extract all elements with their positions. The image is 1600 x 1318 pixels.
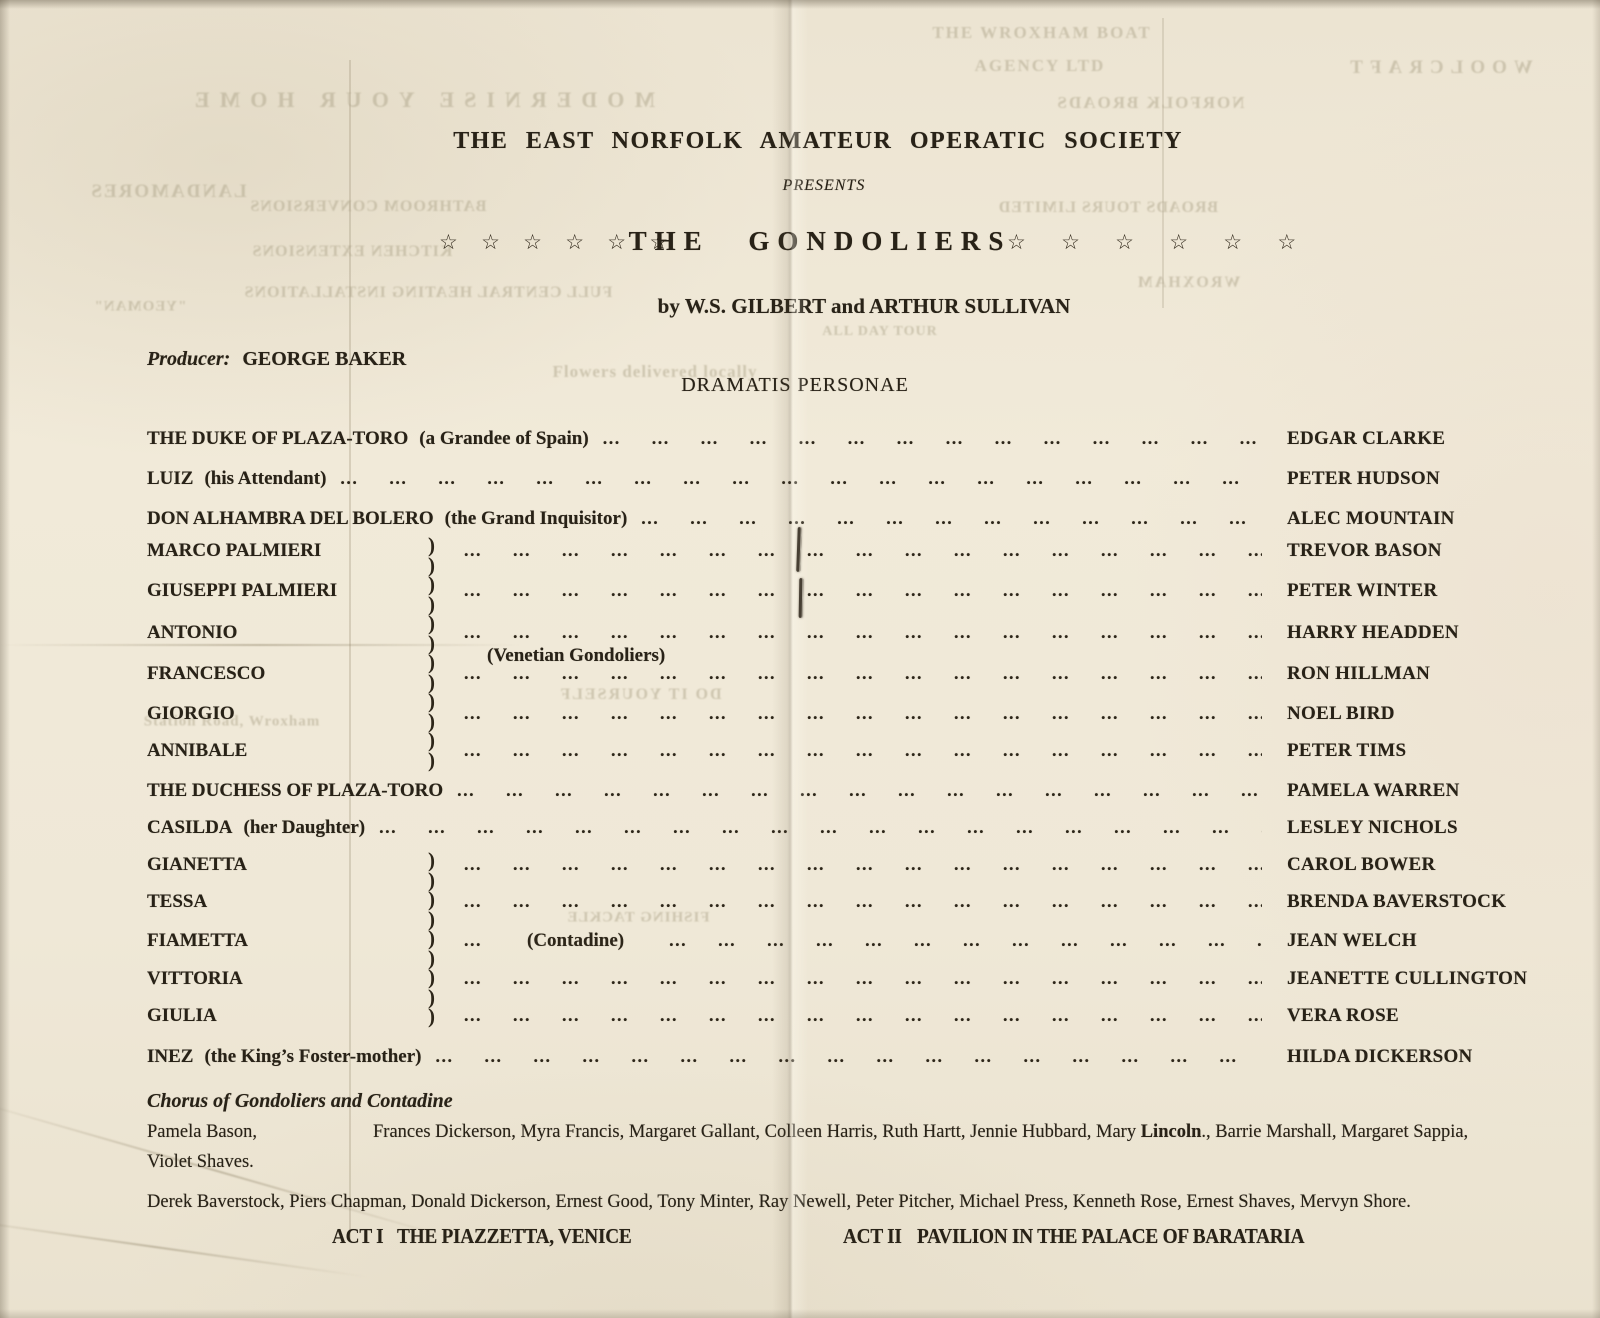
showthrough-ghost-text: WOOLCRAFT	[1343, 57, 1533, 79]
role-name: ANTONIO	[147, 622, 237, 643]
dot-leader: ... ... ... ... ... ... ... ... ... ... …	[457, 780, 1262, 801]
chorus-name-bold: Lincoln	[1141, 1122, 1202, 1142]
role-name: GIUSEPPI PALMIERI	[147, 580, 337, 601]
dot-leader: ... ... ... ... ... ... ... ... ... ... …	[464, 540, 1262, 561]
act2-scene: PAVILION IN THE PALACE OF BARATARIA	[917, 1224, 1304, 1249]
cast-row: ANNIBALE... ... ... ... ... ... ... ... …	[147, 740, 1530, 762]
role-desc: (the Grand Inquisitor)	[445, 508, 628, 529]
role-name: MARCO PALMIERI	[147, 540, 321, 561]
actor-name: PETER WINTER	[1287, 580, 1530, 602]
role-desc: (her Daughter)	[244, 817, 366, 838]
role-label: INEZ(the King’s Foster-mother)	[147, 1046, 422, 1068]
act1-scene: THE PIAZZETTA, VENICE	[397, 1224, 632, 1249]
role-label: CASILDA(her Daughter)	[147, 817, 365, 839]
actor-name: PETER TIMS	[1287, 740, 1530, 762]
act2-label: ACT II	[843, 1224, 902, 1249]
showthrough-ghost-text: "YEOMAN"	[94, 299, 187, 316]
dot-leader: ... ... ... ... ... ... ... ... ... ... …	[464, 968, 1262, 989]
act1-label: ACT I	[332, 1224, 383, 1249]
actor-name: TREVOR BASON	[1287, 540, 1530, 562]
gondoliers-group-note: (Venetian Gondoliers)	[487, 645, 665, 667]
showthrough-ghost-text: BROADS TOURS LIMITED	[998, 199, 1218, 217]
actor-name: JEANETTE CULLINGTON	[1287, 968, 1530, 990]
cast-row: GIULIA... ... ... ... ... ... ... ... ..…	[147, 1005, 1530, 1027]
showthrough-ghost-text: KITCHEN EXTENSIONS	[252, 243, 453, 261]
dramatis-personae-heading: DRAMATIS PERSONAE	[681, 374, 909, 397]
role-name: ANNIBALE	[147, 740, 247, 761]
role-label: THE DUKE OF PLAZA-TORO(a Grandee of Spai…	[147, 428, 589, 450]
role-label: GIUSEPPI PALMIERI	[147, 580, 450, 602]
role-label: GIULIA	[147, 1005, 450, 1027]
cast-row: ANTONIO... ... ... ... ... ... ... ... .…	[147, 622, 1530, 644]
actor-name: EDGAR CLARKE	[1287, 428, 1530, 450]
star-row-right: ☆ ☆ ☆ ☆ ☆ ☆	[1007, 230, 1311, 255]
showthrough-ghost-text: DO IT YOURSELF	[558, 686, 721, 704]
actor-name: NOEL BIRD	[1287, 703, 1530, 725]
showthrough-ghost-text: MODERNISE YOUR HOME	[185, 87, 655, 113]
diagonal-crease-2	[0, 1216, 368, 1278]
role-name: INEZ	[147, 1046, 193, 1067]
cast-row: THE DUCHESS OF PLAZA-TORO... ... ... ...…	[147, 780, 1530, 802]
center-fold	[772, 0, 808, 1318]
dot-leader: ... ... ... ... ... ... ... ... ... ... …	[464, 1005, 1262, 1026]
actor-name: CAROL BOWER	[1287, 854, 1530, 876]
cast-row: THE DUKE OF PLAZA-TORO(a Grandee of Spai…	[147, 428, 1530, 450]
role-label: GIANETTA	[147, 854, 450, 876]
producer-line: Producer:GEORGE BAKER	[147, 348, 406, 371]
dot-leader: ... ... ... ... ... ... ... ... ... ... …	[641, 508, 1262, 529]
actor-name: HARRY HEADDEN	[1287, 622, 1530, 644]
cast-row: VITTORIA... ... ... ... ... ... ... ... …	[147, 968, 1530, 990]
staple	[796, 527, 802, 572]
dot-leader: ... ... ... ... ... ... ... ... ... ... …	[340, 468, 1262, 489]
chorus-names-pre: Frances Dickerson, Myra Francis, Margare…	[373, 1122, 1141, 1142]
cast-row: FIAMETTA... (Contadine) ... ... ... ... …	[147, 930, 1530, 952]
showthrough-ghost-text: AGENCY LTD	[975, 56, 1106, 76]
role-label: FRANCESCO	[147, 663, 450, 685]
chorus-heading: Chorus of Gondoliers and Contadine	[147, 1090, 453, 1113]
showthrough-ghost-text: WROXHAM	[1136, 274, 1241, 292]
role-name: LUIZ	[147, 468, 193, 489]
role-name: THE DUKE OF PLAZA-TORO	[147, 428, 408, 449]
cast-row: GIORGIO... ... ... ... ... ... ... ... .…	[147, 703, 1530, 725]
actor-name: PETER HUDSON	[1287, 468, 1530, 490]
dot-leader: ... ... ... ... ... ... ... ... ... ... …	[464, 703, 1262, 724]
staple	[799, 578, 804, 618]
showthrough-ghost-text: BATHROOM CONVERSIONS	[249, 198, 486, 216]
cast-row: FRANCESCO... ... ... ... ... ... ... ...…	[147, 663, 1530, 685]
producer-label: Producer:	[147, 348, 230, 370]
showthrough-ghost-text: LANDAMORES	[89, 181, 246, 203]
cast-row: DON ALHAMBRA DEL BOLERO(the Grand Inquis…	[147, 508, 1530, 530]
contadine-brace: )))))))))	[428, 851, 435, 1027]
dot-leader: ... ... ... ... ... ... ... ... ... ... …	[464, 740, 1262, 761]
cast-row: LUIZ(his Attendant)... ... ... ... ... .…	[147, 468, 1530, 490]
actor-name: ALEC MOUNTAIN	[1287, 508, 1530, 530]
society-title: THE EAST NORFOLK AMATEUR OPERATIC SOCIET…	[453, 128, 1183, 155]
producer-name: GEORGE BAKER	[242, 348, 406, 370]
show-title: THE GONDOLIERS	[629, 226, 1012, 257]
role-name: GIANETTA	[147, 854, 247, 875]
actor-name: JEAN WELCH	[1287, 930, 1530, 952]
dot-leader: ... (Contadine) ... ... ... ... ... ... …	[464, 930, 1262, 952]
gondoliers-brace: ))))))))))))	[428, 536, 435, 770]
programme-page: MODERNISE YOUR HOMELANDAMORESBATHROOM CO…	[0, 0, 1600, 1318]
cast-row: INEZ(the King’s Foster-mother)... ... ..…	[147, 1046, 1530, 1068]
role-name: FRANCESCO	[147, 663, 265, 684]
contadine-group-note: (Contadine)	[527, 930, 624, 951]
showthrough-ghost-text: FULL CENTRAL HEATING INSTALLATIONS	[244, 284, 613, 302]
role-label: TESSA	[147, 891, 450, 913]
dot-leader: ... ... ... ... ... ... ... ... ... ... …	[464, 891, 1262, 912]
role-label: FIAMETTA	[147, 930, 450, 952]
actor-name: RON HILLMAN	[1287, 663, 1530, 685]
actor-name: HILDA DICKERSON	[1287, 1046, 1530, 1068]
role-name: GIORGIO	[147, 703, 235, 724]
role-name: THE DUCHESS OF PLAZA-TORO	[147, 780, 443, 801]
showthrough-ghost-text: ALL DAY TOUR	[822, 324, 937, 340]
role-label: LUIZ(his Attendant)	[147, 468, 326, 490]
role-name: CASILDA	[147, 817, 233, 838]
cast-row: TESSA... ... ... ... ... ... ... ... ...…	[147, 891, 1530, 913]
role-name: TESSA	[147, 891, 207, 912]
role-desc: (his Attendant)	[204, 468, 326, 489]
showthrough-ghost-text: NORFOLK BROADS	[1055, 93, 1244, 113]
dot-leader: ... ... ... ... ... ... ... ... ... ... …	[603, 428, 1262, 449]
role-label: VITTORIA	[147, 968, 450, 990]
role-name: DON ALHAMBRA DEL BOLERO	[147, 508, 434, 529]
cast-row: GIANETTA... ... ... ... ... ... ... ... …	[147, 854, 1530, 876]
presents-label: PRESENTS	[783, 177, 866, 195]
chorus-names-post: ., Barrie Marshall, Margaret Sappia,	[1201, 1122, 1468, 1142]
role-name: GIULIA	[147, 1005, 217, 1026]
actor-name: PAMELA WARREN	[1287, 780, 1530, 802]
cast-row: MARCO PALMIERI... ... ... ... ... ... ..…	[147, 540, 1530, 562]
role-label: GIORGIO	[147, 703, 450, 725]
dot-leader: ... ... ... ... ... ... ... ... ... ... …	[379, 817, 1262, 838]
dot-leader: ... ... ... ... ... ... ... ... ... ... …	[464, 622, 1262, 643]
role-name: VITTORIA	[147, 968, 243, 989]
showthrough-rule-right	[1162, 18, 1164, 308]
actor-name: BRENDA BAVERSTOCK	[1287, 891, 1530, 913]
dot-leader: ... ... ... ... ... ... ... ... ... ... …	[464, 580, 1262, 601]
actor-name: LESLEY NICHOLS	[1287, 817, 1530, 839]
cast-row: CASILDA(her Daughter)... ... ... ... ...…	[147, 817, 1530, 839]
role-desc: (a Grandee of Spain)	[419, 428, 588, 449]
role-label: ANTONIO	[147, 622, 450, 644]
dot-leader: ... ... ... ... ... ... ... ... ... ... …	[436, 1046, 1263, 1067]
byline: by W.S. GILBERT and ARTHUR SULLIVAN	[658, 294, 1071, 319]
role-label: DON ALHAMBRA DEL BOLERO(the Grand Inquis…	[147, 508, 627, 530]
actor-name: VERA ROSE	[1287, 1005, 1530, 1027]
dot-leader: ... ... ... ... ... ... ... ... ... ... …	[464, 854, 1262, 875]
role-label: MARCO PALMIERI	[147, 540, 450, 562]
chorus-name: Violet Shaves.	[147, 1152, 254, 1173]
chorus-names-line-1: Frances Dickerson, Myra Francis, Margare…	[373, 1122, 1468, 1143]
role-label: THE DUCHESS OF PLAZA-TORO	[147, 780, 443, 802]
horizontal-crease	[0, 644, 520, 646]
chorus-name: Pamela Bason,	[147, 1122, 257, 1143]
role-desc: (the King’s Foster-mother)	[204, 1046, 421, 1067]
role-name: FIAMETTA	[147, 930, 248, 951]
role-label: ANNIBALE	[147, 740, 450, 762]
chorus-names-line-2: Derek Baverstock, Piers Chapman, Donald …	[147, 1192, 1411, 1213]
cast-row: GIUSEPPI PALMIERI... ... ... ... ... ...…	[147, 580, 1530, 602]
showthrough-ghost-text: THE WROXHAM BOAT	[932, 23, 1151, 43]
